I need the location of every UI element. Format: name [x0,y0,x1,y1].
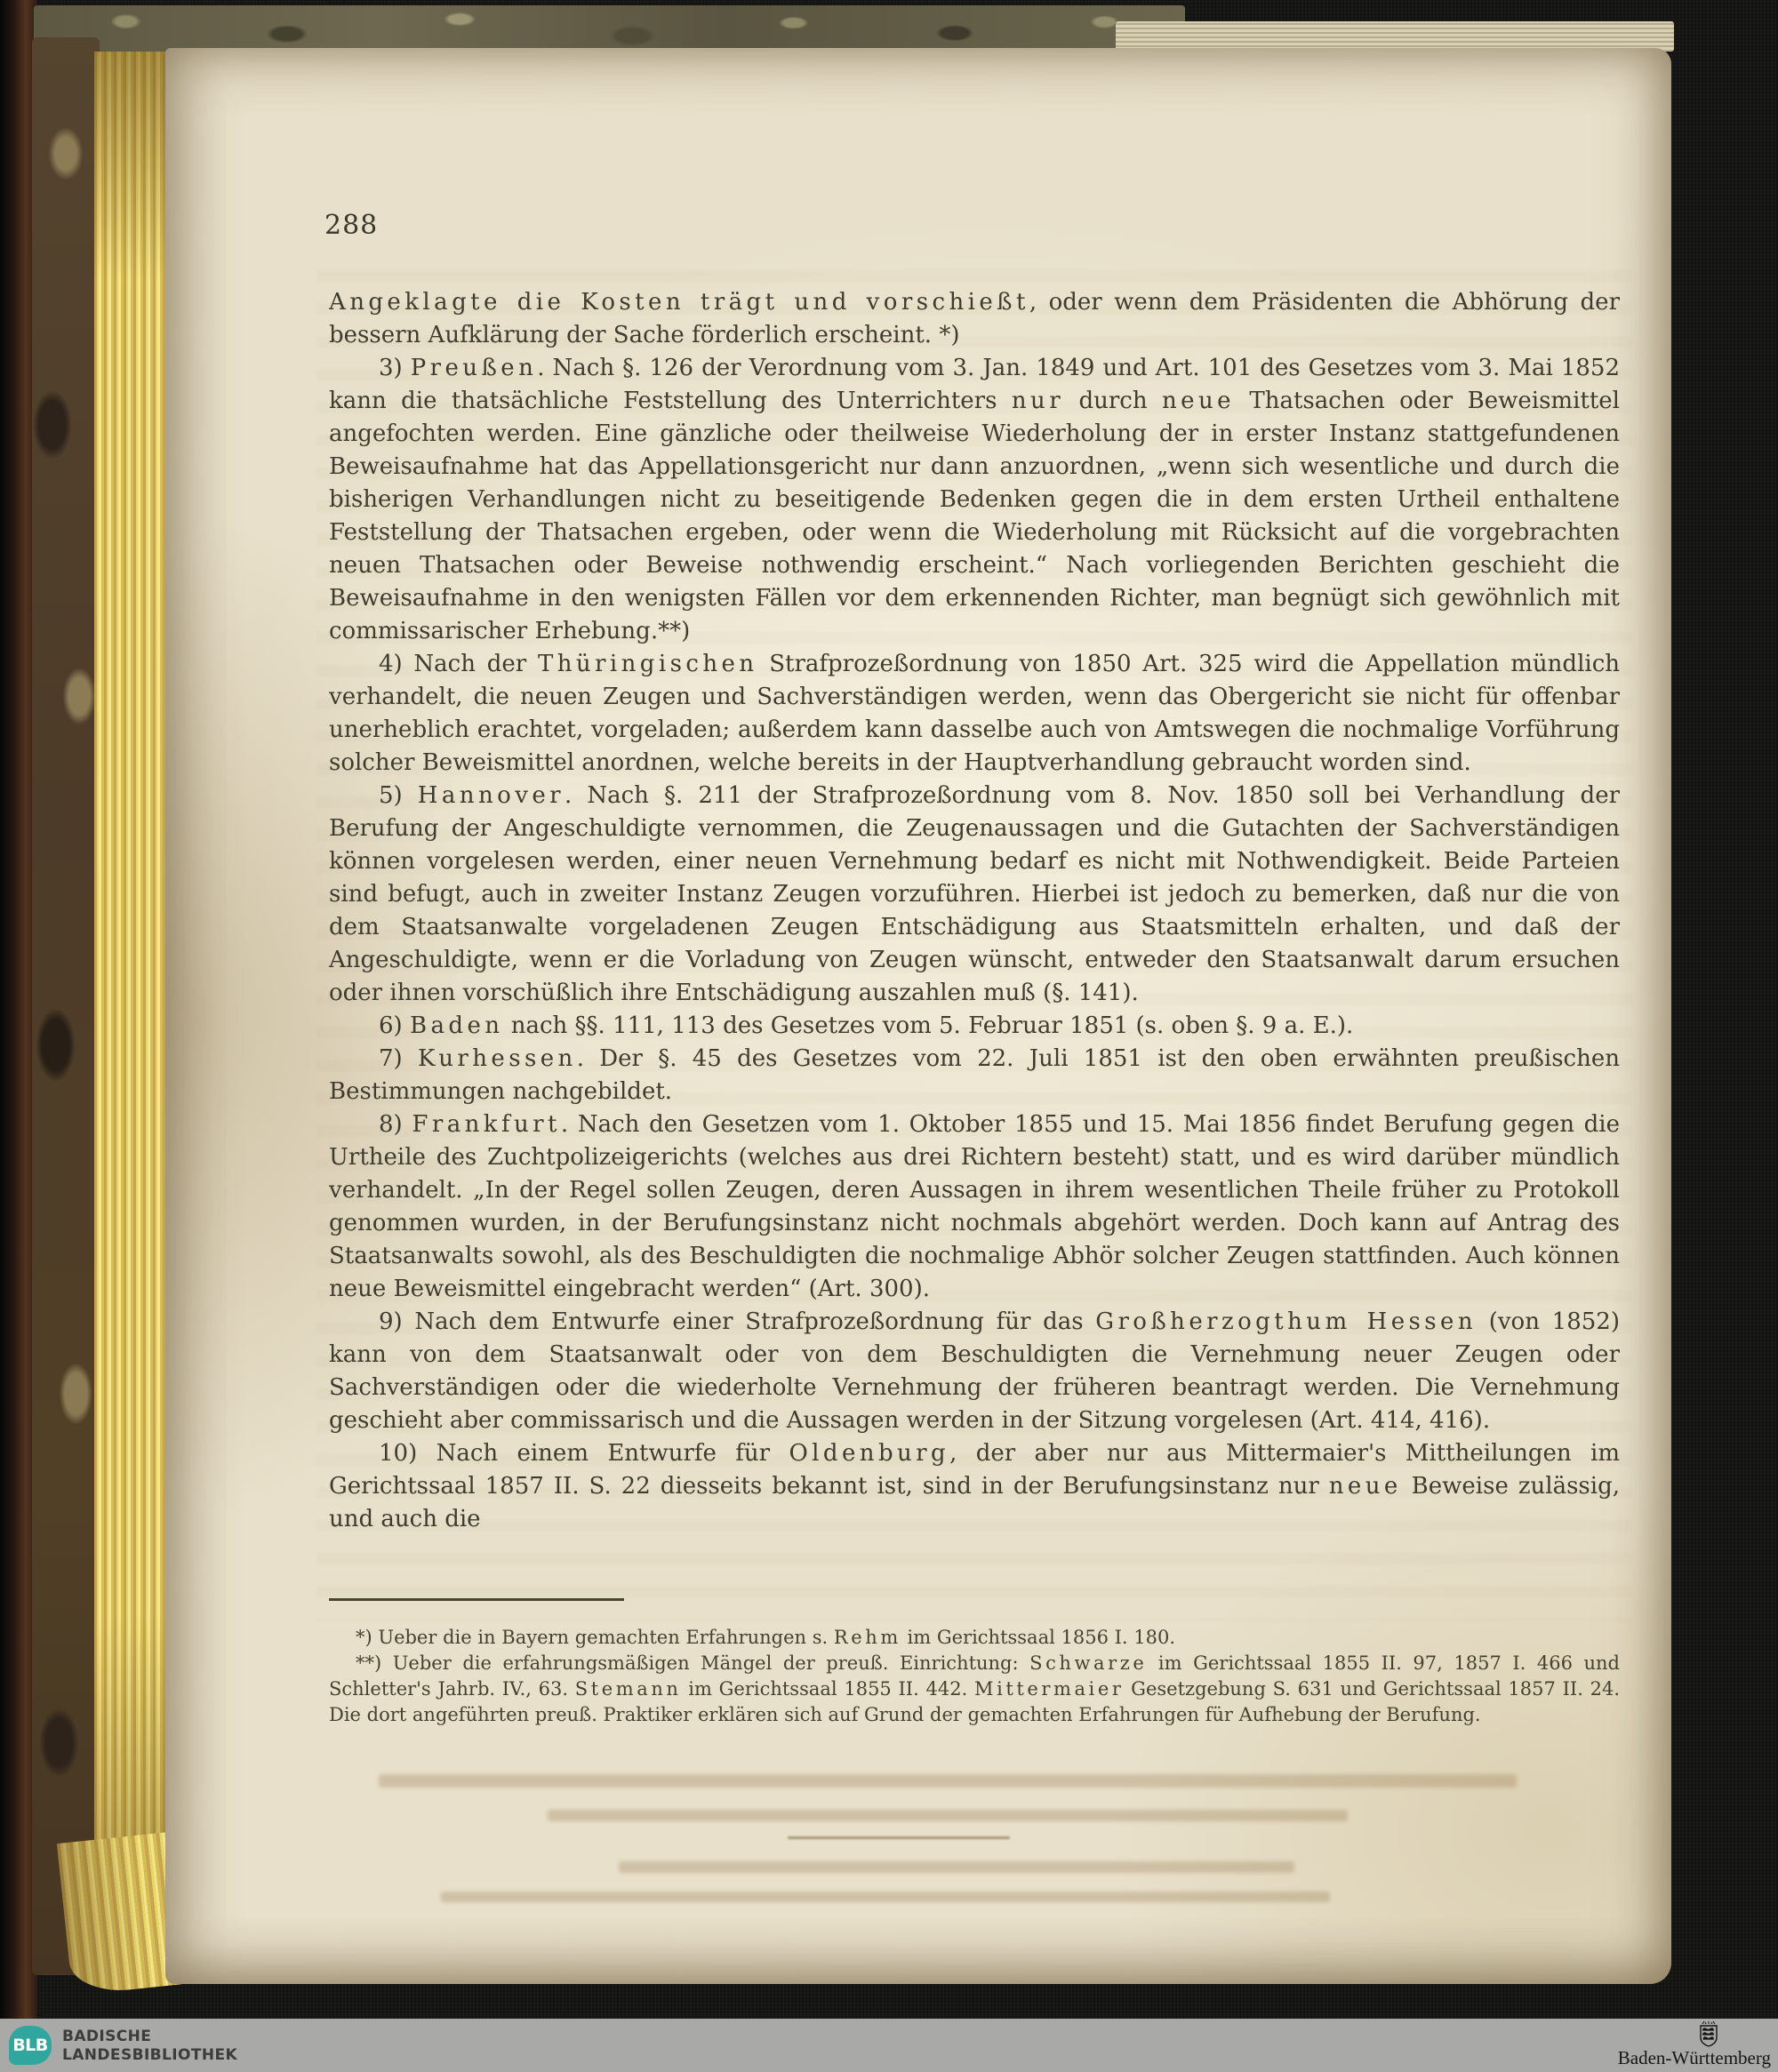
paragraph-10-oldenburg: 10) Nach einem Entwurfe für Oldenburg, d… [329,1437,1620,1536]
footnotes-block: *) Ueber die in Bayern gemachten Erfahru… [329,1625,1620,1728]
paragraph-5-hannover: 5) Hannover. Nach §. 211 der Strafprozeß… [329,780,1620,1010]
paragraph-3-preussen: 3) Preußen. Nach §. 126 der Verordnung v… [329,352,1620,648]
bleedthrough-line [379,1774,1517,1788]
footnote-2: **) Ueber die erfahrungsmäßigen Mängel d… [329,1651,1620,1728]
viewer-footer: BLB BADISCHE LANDESBIBLIOTHEK Baden-Würt… [0,2019,1778,2072]
paragraph-9-hessen: 9) Nach dem Entwurfe einer Strafprozeßor… [329,1306,1620,1437]
book-top-marbled-edge [34,5,1185,52]
library-name: BADISCHE LANDESBIBLIOTHEK [62,2028,237,2065]
library-name-line1: BADISCHE [62,2028,237,2046]
baden-wuerttemberg-mark[interactable]: Baden-Württemberg [1618,2019,1774,2072]
yellow-fore-edges [94,52,176,1956]
bw-crest-icon [1698,2020,1719,2047]
bleedthrough-line [441,1892,1330,1902]
paragraph-7-kurhessen: 7) Kurhessen. Der §. 45 des Gesetzes vom… [329,1043,1620,1108]
footnote-1: *) Ueber die in Bayern gemachten Erfahru… [329,1625,1620,1651]
paragraph-6-baden: 6) Baden nach §§. 111, 113 des Gesetzes … [329,1010,1620,1043]
bleedthrough-line [548,1810,1348,1821]
bleedthrough-line [619,1861,1294,1873]
page-top-edges [1116,21,1674,52]
paragraph-8-frankfurt: 8) Frankfurt. Nach den Gesetzen vom 1. O… [329,1108,1620,1306]
marbled-cover-edge [32,37,100,1975]
blb-logo[interactable]: BLB [9,2026,52,2065]
footnote-separator [329,1598,624,1601]
book-page: 288 Angeklagte die Kosten trägt und vors… [165,48,1671,1984]
paragraph-continuation: Angeklagte die Kosten trägt und vorschie… [329,286,1620,352]
library-name-line2: LANDESBIBLIOTHEK [62,2046,237,2065]
blb-logo-text: BLB [12,2036,48,2055]
bleedthrough-rule [788,1836,1010,1839]
page-text-block: Angeklagte die Kosten trägt und vorschie… [329,286,1620,1584]
paragraph-4-thueringen: 4) Nach der Thüringischen Strafprozeßord… [329,648,1620,780]
page-number: 288 [324,210,378,241]
bw-region-label: Baden-Württemberg [1618,2047,1774,2069]
book-scan-viewport: 288 Angeklagte die Kosten trägt und vors… [0,0,1778,2072]
